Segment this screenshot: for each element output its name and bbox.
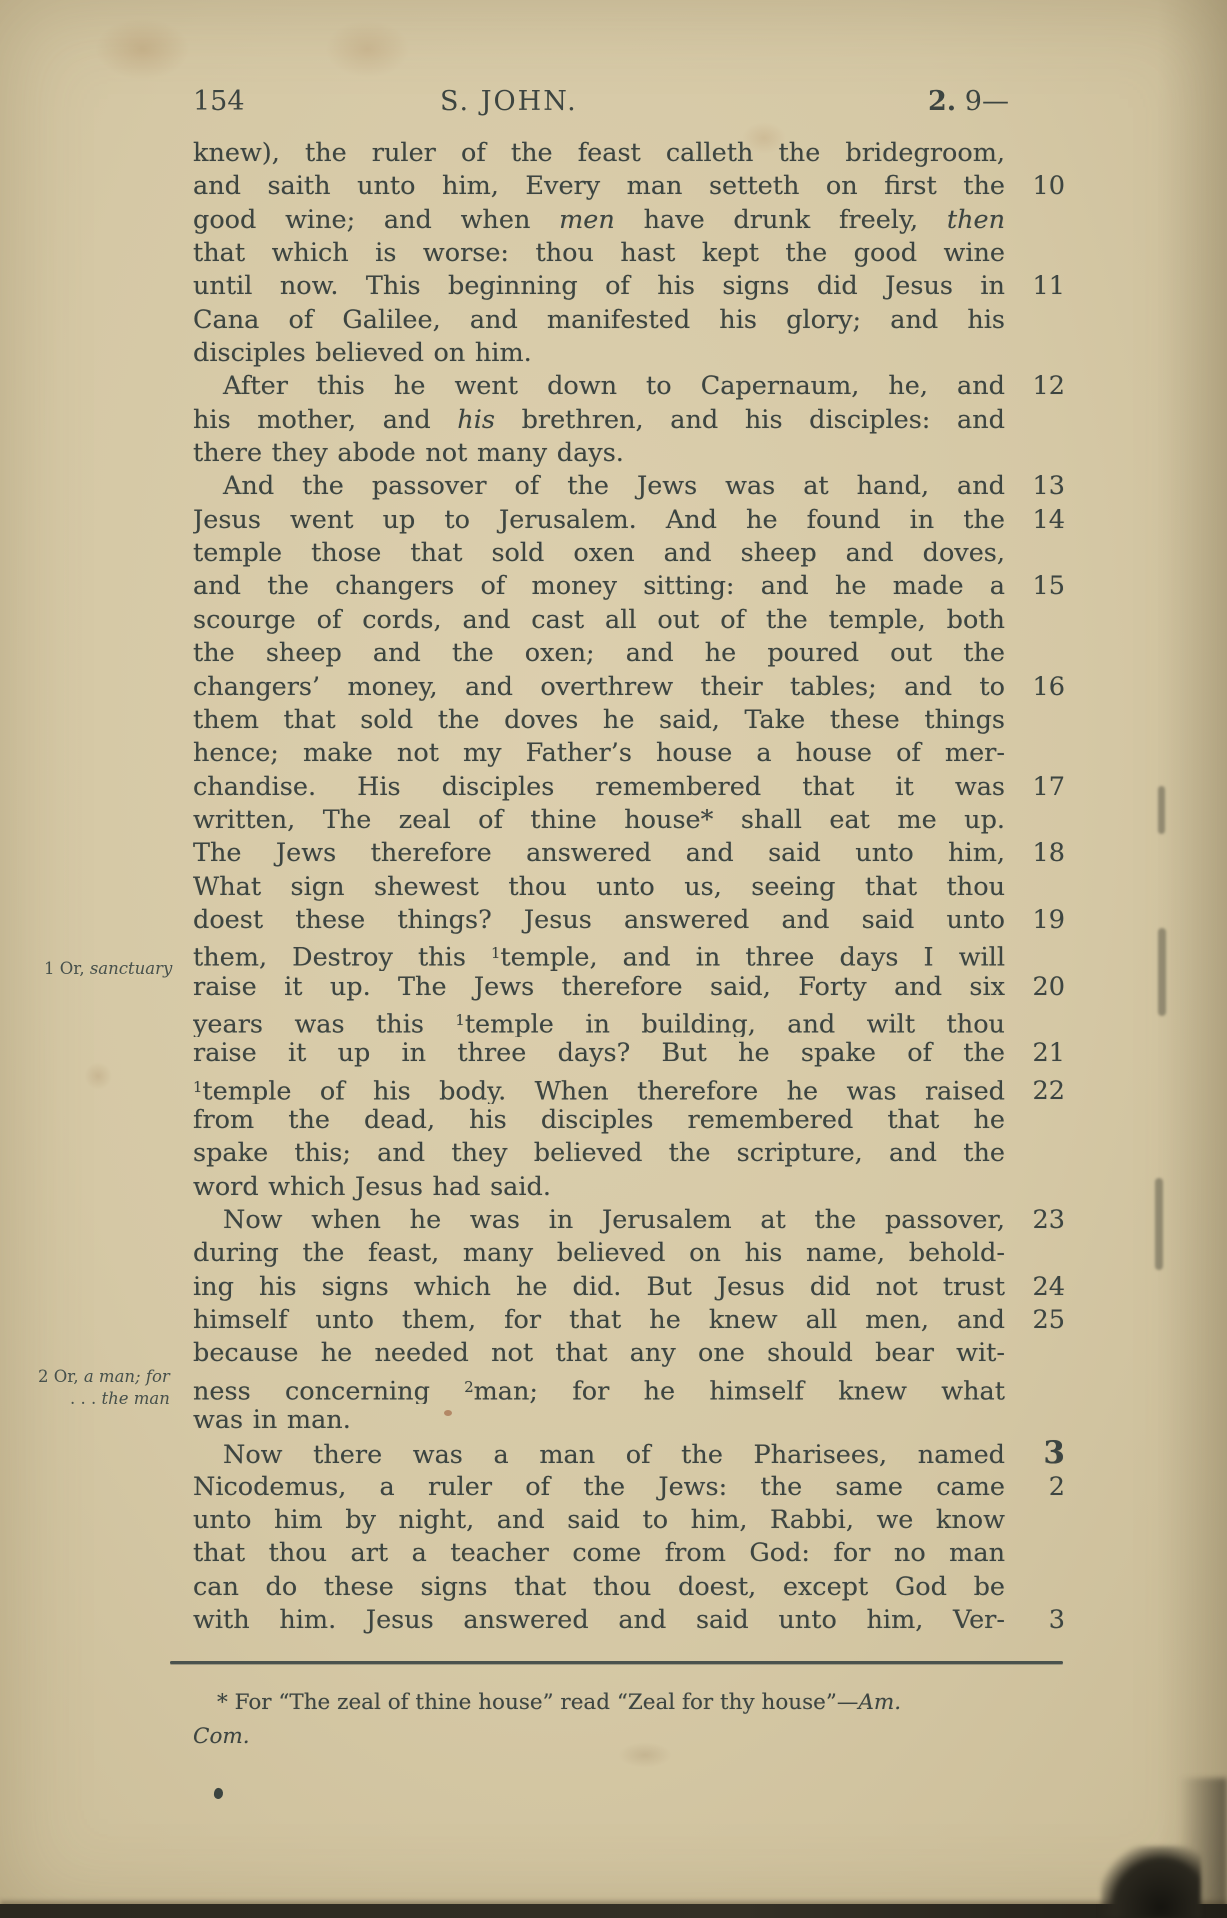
text-segment: there they abode not many days. xyxy=(193,438,624,468)
text-segment: the sheep and the oxen; and he poured ou… xyxy=(193,638,1005,668)
text-line: years was this 1temple in building, and … xyxy=(193,1004,1065,1037)
text-line: changers’ money, and overthrew their tab… xyxy=(193,671,1065,704)
verse-number: 21 xyxy=(1005,1037,1065,1070)
verse-number: 3 xyxy=(1005,1437,1065,1470)
foxing-spot xyxy=(84,1062,112,1090)
line-text: ness concerning 2man; for he himself kne… xyxy=(193,1371,1005,1404)
text-segment: 1 xyxy=(193,1079,202,1096)
text-segment: temple those that sold oxen and sheep an… xyxy=(193,538,1005,568)
text-line: doest these things? Jesus answered and s… xyxy=(193,904,1065,937)
text-line: that which is worse: thou hast kept the … xyxy=(193,237,1065,270)
line-text: them, Destroy this 1temple, and in three… xyxy=(193,937,1005,970)
text-segment: knew), the ruler of the feast calleth th… xyxy=(193,138,1005,168)
text-line: What sign shewest thou unto us, seeing t… xyxy=(193,871,1065,904)
line-text: spake this; and they believed the script… xyxy=(193,1137,1005,1170)
text-line: until now. This beginning of his signs d… xyxy=(193,270,1065,303)
line-text: there they abode not many days. xyxy=(193,437,1005,470)
line-text: that which is worse: thou hast kept the … xyxy=(193,237,1005,270)
margin-note-line: . . . the man xyxy=(38,1388,170,1410)
page-number: 154 xyxy=(193,86,245,117)
page-curl-shadow xyxy=(1179,1778,1227,1918)
text-line: and the changers of money sitting: and h… xyxy=(193,570,1065,603)
text-segment: 9— xyxy=(956,86,1009,117)
page-edge-shadow xyxy=(1157,0,1227,1918)
text-segment: Cana of Galilee, and manifested his glor… xyxy=(193,305,1005,335)
text-line: himself unto them, for that he knew all … xyxy=(193,1304,1065,1337)
text-segment: because he needed not that any one shoul… xyxy=(193,1338,1005,1368)
line-text: The Jews therefore answered and said unt… xyxy=(193,837,1005,870)
line-text: his mother, and his brethren, and his di… xyxy=(193,404,1005,437)
text-segment: The Jews therefore answered and said unt… xyxy=(193,838,1005,868)
verse-number: 24 xyxy=(1005,1271,1065,1304)
text-segment: then xyxy=(947,205,1005,235)
text-segment: Now when he was in Jerusalem at the pass… xyxy=(223,1205,1005,1235)
text-line: during the feast, many believed on his n… xyxy=(193,1237,1065,1270)
text-line: The Jews therefore answered and said unt… xyxy=(193,837,1065,870)
text-segment: good wine; and when xyxy=(193,205,559,235)
text-segment: Com. xyxy=(193,1724,250,1749)
text-line: Now when he was in Jerusalem at the pass… xyxy=(193,1204,1065,1237)
text-line: was in man. xyxy=(193,1404,1065,1437)
line-text: doest these things? Jesus answered and s… xyxy=(193,904,1005,937)
footnote: * For “The zeal of thine house” read “Ze… xyxy=(193,1686,1059,1754)
line-text: scourge of cords, and cast all out of th… xyxy=(193,604,1005,637)
text-segment: men xyxy=(559,205,615,235)
text-line: Now there was a man of the Pharisees, na… xyxy=(193,1437,1065,1470)
line-text: them that sold the doves he said, Take t… xyxy=(193,704,1005,737)
foxing-spot xyxy=(325,20,410,78)
text-segment: Jesus went up to Jerusalem. And he found… xyxy=(193,505,1005,535)
text-segment: his mother, and xyxy=(193,405,457,435)
text-segment: chandise. His disciples remembered that … xyxy=(193,772,1005,802)
line-text: because he needed not that any one shoul… xyxy=(193,1337,1005,1370)
text-line: Jesus went up to Jerusalem. And he found… xyxy=(193,504,1065,537)
line-text: during the feast, many believed on his n… xyxy=(193,1237,1005,1270)
text-line: good wine; and when men have drunk freel… xyxy=(193,204,1065,237)
text-segment: raise it up. The Jews therefore said, Fo… xyxy=(193,972,1005,1002)
text-segment: temple, and in three days I will xyxy=(500,943,1005,971)
line-text: can do these signs that thou doest, exce… xyxy=(193,1571,1005,1604)
line-text: written, The zeal of thine house* shall … xyxy=(193,804,1005,837)
text-line: and saith unto him, Every man setteth on… xyxy=(193,170,1065,203)
text-segment: And the passover of the Jews was at hand… xyxy=(223,471,1005,501)
text-segment: 2. xyxy=(928,86,956,117)
text-segment: temple in building, and wilt thou xyxy=(465,1009,1005,1037)
text-line: can do these signs that thou doest, exce… xyxy=(193,1571,1065,1604)
text-segment: spake this; and they believed the script… xyxy=(193,1138,1005,1168)
text-segment: man; for he himself knew what xyxy=(474,1376,1005,1404)
text-line: written, The zeal of thine house* shall … xyxy=(193,804,1065,837)
text-segment: them, Destroy this xyxy=(193,943,491,971)
line-text: and saith unto him, Every man setteth on… xyxy=(193,170,1005,203)
text-segment: them that sold the doves he said, Take t… xyxy=(193,705,1005,735)
page-edge-mark xyxy=(1158,786,1165,834)
text-line: Nicodemus, a ruler of the Jews: the same… xyxy=(193,1471,1065,1504)
line-text: knew), the ruler of the feast calleth th… xyxy=(193,137,1005,170)
text-segment: changers’ money, and overthrew their tab… xyxy=(193,672,1005,702)
text-segment: his xyxy=(457,405,495,435)
text-line: raise it up. The Jews therefore said, Fo… xyxy=(193,971,1065,1004)
text-line: there they abode not many days. xyxy=(193,437,1065,470)
text-line: word which Jesus had said. xyxy=(193,1171,1065,1204)
text-segment: unto him by night, and said to him, Rabb… xyxy=(193,1505,1005,1535)
line-text: with him. Jesus answered and said unto h… xyxy=(193,1604,1005,1637)
text-line: 1temple of his body. When therefore he w… xyxy=(193,1071,1065,1104)
text-segment: a man; for xyxy=(84,1367,170,1386)
text-segment: and saith unto him, Every man setteth on… xyxy=(193,171,1005,201)
scanned-book-page: 154 S. JOHN. 2. 9— knew), the ruler of t… xyxy=(0,0,1227,1918)
margin-note: 2 Or, a man; for. . . the man xyxy=(38,1366,170,1410)
line-text: changers’ money, and overthrew their tab… xyxy=(193,671,1005,704)
line-text: from the dead, his disciples remembered … xyxy=(193,1104,1005,1137)
text-segment: that thou art a teacher come from God: f… xyxy=(193,1538,1005,1568)
text-segment: was in man. xyxy=(193,1405,351,1435)
line-text: unto him by night, and said to him, Rabb… xyxy=(193,1504,1005,1537)
text-segment: raise it up in three days? But he spake … xyxy=(193,1038,1005,1068)
text-segment: and the changers of money sitting: and h… xyxy=(193,571,1005,601)
line-text: that thou art a teacher come from God: f… xyxy=(193,1537,1005,1570)
text-line: his mother, and his brethren, and his di… xyxy=(193,404,1065,437)
text-segment: from the dead, his disciples remembered … xyxy=(193,1105,1005,1135)
text-line: temple those that sold oxen and sheep an… xyxy=(193,537,1065,570)
line-text: After this he went down to Capernaum, he… xyxy=(193,370,1005,403)
line-text: and the changers of money sitting: and h… xyxy=(193,570,1005,603)
verse-number: 16 xyxy=(1005,671,1065,704)
text-segment: during the feast, many believed on his n… xyxy=(193,1238,1005,1268)
line-text: What sign shewest thou unto us, seeing t… xyxy=(193,871,1005,904)
foxing-spot xyxy=(95,18,190,80)
text-segment: until now. This beginning of his signs d… xyxy=(193,271,1005,301)
text-line: disciples believed on him. xyxy=(193,337,1065,370)
text-line: because he needed not that any one shoul… xyxy=(193,1337,1065,1370)
text-segment: word which Jesus had said. xyxy=(193,1172,551,1202)
line-text: Now there was a man of the Pharisees, na… xyxy=(193,1439,1005,1472)
ink-mark xyxy=(213,1787,224,1800)
text-line: with him. Jesus answered and said unto h… xyxy=(193,1604,1065,1637)
text-line: Cana of Galilee, and manifested his glor… xyxy=(193,304,1065,337)
page-edge-mark xyxy=(1158,928,1166,1016)
verse-number: 15 xyxy=(1005,570,1065,603)
text-segment: * For “The zeal of thine house” read “Ze… xyxy=(217,1690,858,1715)
text-line: ness concerning 2man; for he himself kne… xyxy=(193,1371,1065,1404)
margin-note-line: 1 Or, sanctuary xyxy=(44,958,172,980)
margin-note: 1 Or, sanctuary xyxy=(44,958,172,980)
text-segment: hence; make not my Father’s house a hous… xyxy=(193,738,1005,768)
text-segment: 2 xyxy=(464,1379,473,1396)
text-segment: brethren, and his disciples: and xyxy=(495,405,1005,435)
text-segment: can do these signs that thou doest, exce… xyxy=(193,1572,1005,1602)
text-segment: years was this xyxy=(193,1009,455,1037)
text-segment: ing his signs which he did. But Jesus di… xyxy=(193,1272,1005,1302)
text-segment: have drunk freely, xyxy=(615,205,947,235)
line-text: Cana of Galilee, and manifested his glor… xyxy=(193,304,1005,337)
text-segment: that which is worse: thou hast kept the … xyxy=(193,238,1005,268)
text-segment: sanctuary xyxy=(90,959,172,978)
text-segment: 1 xyxy=(491,945,500,962)
line-text: until now. This beginning of his signs d… xyxy=(193,270,1005,303)
line-text: chandise. His disciples remembered that … xyxy=(193,771,1005,804)
text-segment: Am. xyxy=(858,1690,901,1715)
line-text: Nicodemus, a ruler of the Jews: the same… xyxy=(193,1471,1005,1504)
line-text: hence; make not my Father’s house a hous… xyxy=(193,737,1005,770)
text-segment: ness concerning xyxy=(193,1376,464,1404)
text-line: raise it up in three days? But he spake … xyxy=(193,1037,1065,1070)
line-text: years was this 1temple in building, and … xyxy=(193,1004,1005,1037)
text-segment: After this he went down to Capernaum, he… xyxy=(223,371,1005,401)
text-line: unto him by night, and said to him, Rabb… xyxy=(193,1504,1065,1537)
verse-number: 11 xyxy=(1005,270,1065,303)
line-text: raise it up. The Jews therefore said, Fo… xyxy=(193,971,1005,1004)
text-line: that thou art a teacher come from God: f… xyxy=(193,1537,1065,1570)
line-text: And the passover of the Jews was at hand… xyxy=(193,470,1005,503)
text-segment: 1 xyxy=(455,1012,464,1029)
verse-number: 14 xyxy=(1005,504,1065,537)
text-segment: 2 Or, xyxy=(38,1367,84,1386)
text-segment: 1 Or, xyxy=(44,959,90,978)
scripture-text-column: knew), the ruler of the feast calleth th… xyxy=(193,137,1065,1637)
text-line: from the dead, his disciples remembered … xyxy=(193,1104,1065,1137)
verse-number: 13 xyxy=(1005,470,1065,503)
line-text: the sheep and the oxen; and he poured ou… xyxy=(193,637,1005,670)
line-text: himself unto them, for that he knew all … xyxy=(193,1304,1005,1337)
text-segment: the man xyxy=(101,1389,169,1408)
line-text: ing his signs which he did. But Jesus di… xyxy=(193,1271,1005,1304)
verse-number: 19 xyxy=(1005,904,1065,937)
line-text: raise it up in three days? But he spake … xyxy=(193,1037,1005,1070)
verse-number: 23 xyxy=(1005,1204,1065,1237)
footnote-rule xyxy=(170,1661,1063,1664)
line-text: temple those that sold oxen and sheep an… xyxy=(193,537,1005,570)
page-edge-mark xyxy=(1155,1178,1163,1270)
text-segment: Now there was a man of the Pharisees, na… xyxy=(223,1440,1005,1470)
text-segment: doest these things? Jesus answered and s… xyxy=(193,905,1005,935)
verse-number: 18 xyxy=(1005,837,1065,870)
line-text: word which Jesus had said. xyxy=(193,1171,1005,1204)
verse-number: 3 xyxy=(1005,1604,1065,1637)
footnote-line: * For “The zeal of thine house” read “Ze… xyxy=(193,1686,1059,1720)
line-text: Now when he was in Jerusalem at the pass… xyxy=(193,1204,1005,1237)
text-segment: What sign shewest thou unto us, seeing t… xyxy=(193,872,1005,902)
verse-number: 25 xyxy=(1005,1304,1065,1337)
text-line: them, Destroy this 1temple, and in three… xyxy=(193,937,1065,970)
text-line: And the passover of the Jews was at hand… xyxy=(193,470,1065,503)
text-line: hence; make not my Father’s house a hous… xyxy=(193,737,1065,770)
verse-number: 10 xyxy=(1005,170,1065,203)
verse-number: 20 xyxy=(1005,971,1065,1004)
text-segment: with him. Jesus answered and said unto h… xyxy=(193,1605,1005,1635)
verse-number: 2 xyxy=(1005,1471,1065,1504)
text-line: ing his signs which he did. But Jesus di… xyxy=(193,1271,1065,1304)
line-text: Jesus went up to Jerusalem. And he found… xyxy=(193,504,1005,537)
text-segment: . . . xyxy=(70,1389,101,1408)
verse-number: 22 xyxy=(1005,1075,1065,1108)
text-line: them that sold the doves he said, Take t… xyxy=(193,704,1065,737)
text-line: knew), the ruler of the feast calleth th… xyxy=(193,137,1065,170)
text-line: chandise. His disciples remembered that … xyxy=(193,771,1065,804)
footnote-line: Com. xyxy=(193,1720,1059,1754)
text-line: the sheep and the oxen; and he poured ou… xyxy=(193,637,1065,670)
line-text: disciples believed on him. xyxy=(193,337,1005,370)
text-segment: written, The zeal of thine house* shall … xyxy=(193,805,1005,835)
line-text: good wine; and when men have drunk freel… xyxy=(193,204,1005,237)
line-text: 1temple of his body. When therefore he w… xyxy=(193,1071,1005,1104)
margin-note-line: 2 Or, a man; for xyxy=(38,1366,170,1388)
text-line: spake this; and they believed the script… xyxy=(193,1137,1065,1170)
verse-number: 12 xyxy=(1005,370,1065,403)
scan-edge-band xyxy=(0,1904,1227,1918)
text-segment: disciples believed on him. xyxy=(193,338,532,368)
text-segment: Nicodemus, a ruler of the Jews: the same… xyxy=(193,1472,1005,1502)
text-segment: himself unto them, for that he knew all … xyxy=(193,1305,1005,1335)
running-head-title: S. JOHN. xyxy=(440,86,578,117)
chapter-verse-reference: 2. 9— xyxy=(928,86,1009,117)
text-segment: temple of his body. When therefore he wa… xyxy=(202,1076,1005,1104)
text-line: scourge of cords, and cast all out of th… xyxy=(193,604,1065,637)
line-text: was in man. xyxy=(193,1404,1005,1437)
text-segment: scourge of cords, and cast all out of th… xyxy=(193,605,1005,635)
verse-number: 17 xyxy=(1005,771,1065,804)
text-line: After this he went down to Capernaum, he… xyxy=(193,370,1065,403)
